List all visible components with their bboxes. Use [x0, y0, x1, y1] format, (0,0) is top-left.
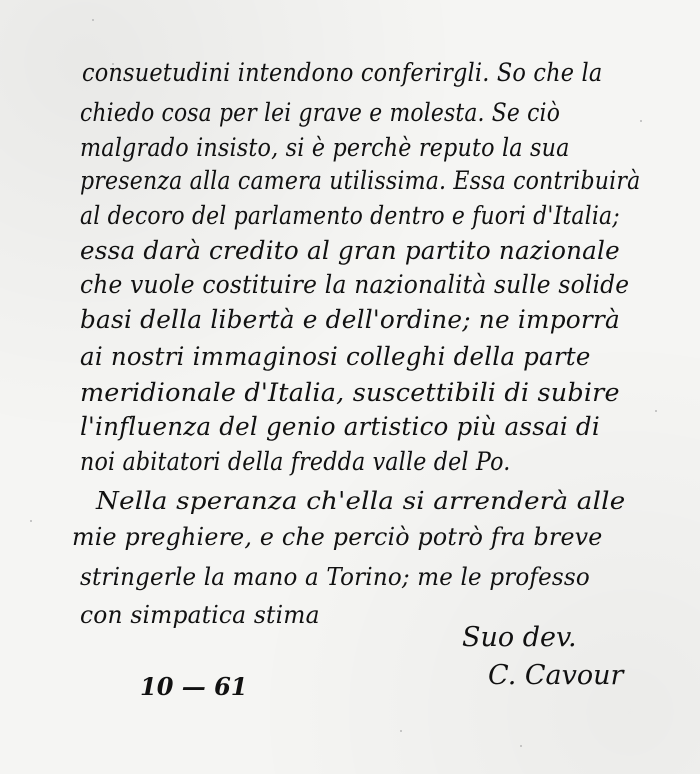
letter-line: presenza alla camera utilissima. Essa co… [80, 166, 640, 196]
paper-speck [30, 520, 32, 522]
signature-name: C. Cavour [488, 660, 623, 691]
paper-speck [400, 730, 402, 732]
letter-line: chiedo cosa per lei grave e molesta. Se … [80, 98, 560, 128]
closing-line: mie preghiere, e che perciò potrò fra br… [72, 522, 603, 552]
letter-line: malgrado insisto, si è perchè reputo la … [80, 133, 570, 163]
letter-line: che vuole costituire la nazionalità sull… [80, 270, 629, 300]
letter-page: consuetudini intendono conferirgli. So c… [0, 0, 700, 774]
letter-line: l'influenza del genio artistico più assa… [80, 412, 600, 442]
paper-speck [92, 19, 94, 21]
closing-line: stringerle la mano a Torino; me le profe… [80, 562, 590, 592]
letter-line: basi della libertà e dell'ordine; ne imp… [80, 305, 620, 335]
signature-salutation: Suo dev. [462, 622, 577, 653]
letter-line: consuetudini intendono conferirgli. So c… [82, 58, 602, 88]
letter-line: ai nostri immaginosi colleghi della part… [80, 342, 591, 372]
letter-date: 10 — 61 [140, 672, 248, 701]
closing-line: con simpatica stima [80, 600, 320, 630]
paper-speck [655, 410, 657, 412]
closing-line: Nella speranza ch'ella si arrenderà alle [96, 486, 625, 516]
letter-line: noi abitatori della fredda valle del Po. [80, 447, 510, 477]
letter-line: essa darà credito al gran partito nazion… [80, 236, 620, 266]
letter-line: meridionale d'Italia, suscettibili di su… [80, 378, 620, 408]
paper-speck [520, 745, 522, 747]
letter-line: al decoro del parlamento dentro e fuori … [80, 201, 620, 231]
paper-speck [640, 120, 642, 122]
